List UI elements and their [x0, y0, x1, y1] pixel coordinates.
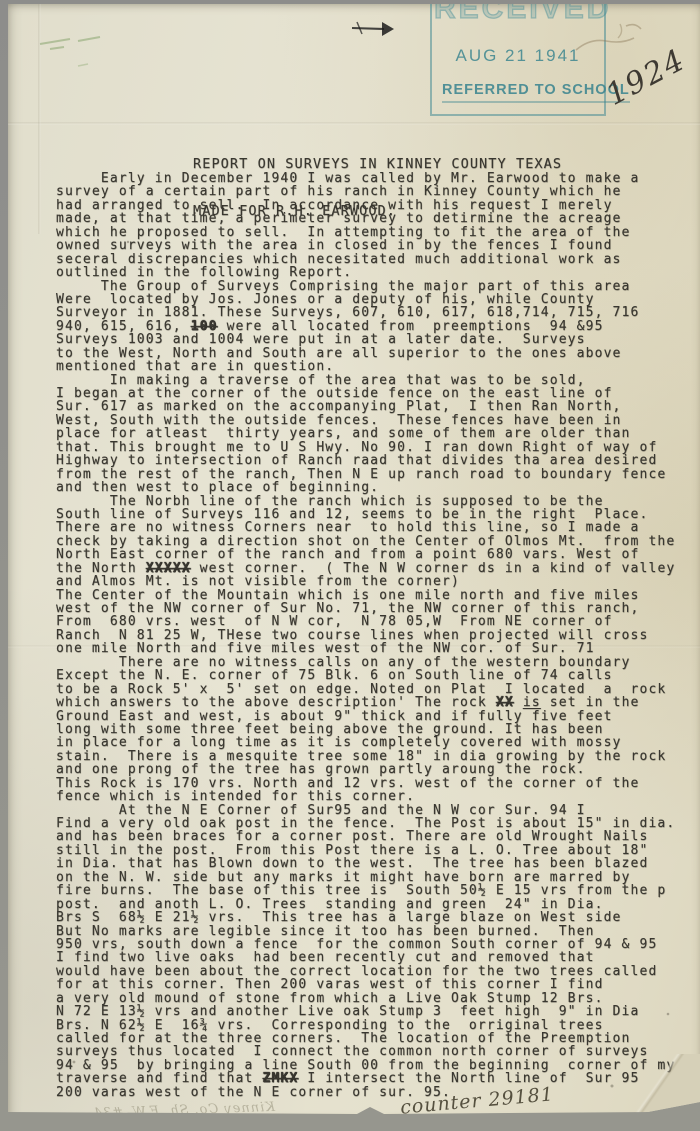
document-line: Early in December 1940 I was called by M… — [56, 172, 675, 185]
document-line: survey of a certain part of his ranch in… — [56, 185, 675, 198]
document-line: fence which is intended for this corner. — [56, 790, 675, 803]
document-line: and has been braces for a corner post. T… — [56, 830, 675, 843]
document-line: 940, 615, 616, 100 were all located from… — [56, 320, 675, 333]
document-line: for at this corner. Then 200 varas west … — [56, 978, 675, 991]
document-line: to be a Rock 5' x 5' set on edge. Noted … — [56, 683, 675, 696]
bleed-through-text: Kinney Co. Sh. F.W. #34 — [93, 1100, 275, 1121]
document-line: the North XXXXX west corner. ( The N W c… — [56, 562, 675, 575]
document-line: mentioned that are in question. — [56, 360, 675, 373]
document-line: North East corner of the ranch and from … — [56, 548, 675, 561]
document-line: one mile North and five miles west of th… — [56, 642, 675, 655]
document-line: traverse and find that ZMKX I intersect … — [56, 1072, 675, 1085]
document-line: Brs. N 62½ E 16¾ vrs. Corresponding to t… — [56, 1019, 675, 1032]
document-line: check by taking a direction shot on the … — [56, 535, 675, 548]
document-line: which answers to the above description' … — [56, 696, 675, 709]
document-line: 200 varas west of the N E corner of sur.… — [56, 1086, 675, 1099]
corner-fold — [620, 1054, 700, 1118]
document-line: fire burns. The base of this tree is Sou… — [56, 884, 675, 897]
document-line: which he proposed to sell. In attempting… — [56, 226, 675, 239]
document-line: Surveyor in 1881. These Surveys, 607, 61… — [56, 306, 675, 319]
document-line: and then west to place of beginning. — [56, 481, 675, 494]
document-line: Were located by Jos. Jones or a deputy o… — [56, 293, 675, 306]
document-line: I find two live oaks had been recently c… — [56, 951, 675, 964]
document-line: and Almos Mt. is not visible from the co… — [56, 575, 675, 588]
document-line: N 72 E 13½ vrs and another Live oak Stum… — [56, 1005, 675, 1018]
document-line: From 680 vrs. west of N W cor, N 78 05,W… — [56, 615, 675, 628]
document-line: Sur. 617 as marked on the accompanying P… — [56, 400, 675, 413]
paper-sheet: RECEIVED AUG 21 1941 REFERRED TO SCHOOL … — [8, 4, 700, 1118]
document-line: made, at that time, a perimeter survey t… — [56, 212, 675, 225]
document-line: still in the post. From this Post there … — [56, 844, 675, 857]
document-line: Highway to intersection of Ranch raad th… — [56, 454, 675, 467]
document-line: from the rest of the ranch, Then N E up … — [56, 468, 675, 481]
document-line: and one prong of the tree has grown part… — [56, 763, 675, 776]
document-line: The Norbh line of the ranch which is sup… — [56, 495, 675, 508]
document-line: South line of Surveys 116 and 12, seems … — [56, 508, 675, 521]
document-line: 94 & 95 by bringing a line South 00 from… — [56, 1059, 675, 1072]
document-line: In making a traverse of the area that wa… — [56, 374, 675, 387]
document-line: At the N E Corner of Sur95 and the N W c… — [56, 804, 675, 817]
document-body: Early in December 1940 I was called by M… — [56, 172, 675, 1099]
paper-crease — [8, 122, 700, 125]
document-line: long with some three feet being above th… — [56, 723, 675, 736]
document-line: The Center of the Mountain which is one … — [56, 589, 675, 602]
document-line: owned surveys with the area in closed in… — [56, 239, 675, 252]
document-line: called for at the three corners. The loc… — [56, 1032, 675, 1045]
handwritten-year: 1924 — [601, 42, 692, 113]
document-line: Find a very old oak post in the fence. T… — [56, 817, 675, 830]
received-stamp: RECEIVED AUG 21 1941 REFERRED TO SCHOOL — [430, 0, 606, 116]
document-line: Ranch N 81 25 W, THese two course lines … — [56, 629, 675, 642]
document-line: The Group of Surveys Comprising the majo… — [56, 280, 675, 293]
document-line: There are no witness calls on any of the… — [56, 656, 675, 669]
document-line: to the West, North and South are all sup… — [56, 347, 675, 360]
ink-arrow-mark — [352, 22, 394, 36]
document-line: 950 vrs, south down a fence for the comm… — [56, 938, 675, 951]
stamp-received-text: RECEIVED — [434, 0, 602, 26]
document-line: seceral discrepancies which necesitated … — [56, 253, 675, 266]
document-line: had arranged to sell. In accordance with… — [56, 199, 675, 212]
document-line: outlined in the following Report. — [56, 266, 675, 279]
document-line: surveys thus located I connect the commo… — [56, 1045, 675, 1058]
document-line: in Dia. that has Blown down to the west.… — [56, 857, 675, 870]
document-line: west of the NW corner of Sur No. 71, the… — [56, 602, 675, 615]
document-line: place for atleast thirty years, and some… — [56, 427, 675, 440]
document-line: This Rock is 170 vrs. North and 12 vrs. … — [56, 777, 675, 790]
document-line: I began at the corner of the outside fen… — [56, 387, 675, 400]
document-line: West, South with the outside fences. The… — [56, 414, 675, 427]
paper-crease — [38, 4, 41, 234]
document-line: would have been about the correct locati… — [56, 965, 675, 978]
scanned-page: { "page": { "background_color": "#8f8f8d… — [0, 0, 700, 1131]
document-line: Surveys 1003 and 1004 were put in at a l… — [56, 333, 675, 346]
document-line: in place for a long time as it is comple… — [56, 736, 675, 749]
document-line: There are no witness Corners near to hol… — [56, 521, 675, 534]
document-line: that. This brought me to U S Hwy. No 90.… — [56, 441, 675, 454]
document-line: stain. There is a mesquite tree some 18"… — [56, 750, 675, 763]
document-line: Ground East and west, is about 9" thick … — [56, 710, 675, 723]
stamp-date-text: AUG 21 1941 — [432, 46, 604, 66]
document-line: Brs S 68½ E 21½ vrs. This tree has a lar… — [56, 911, 675, 924]
document-line: But No marks are legible since it too ha… — [56, 925, 675, 938]
document-line: Except the N. E. corner of 75 Blk. 6 on … — [56, 669, 675, 682]
